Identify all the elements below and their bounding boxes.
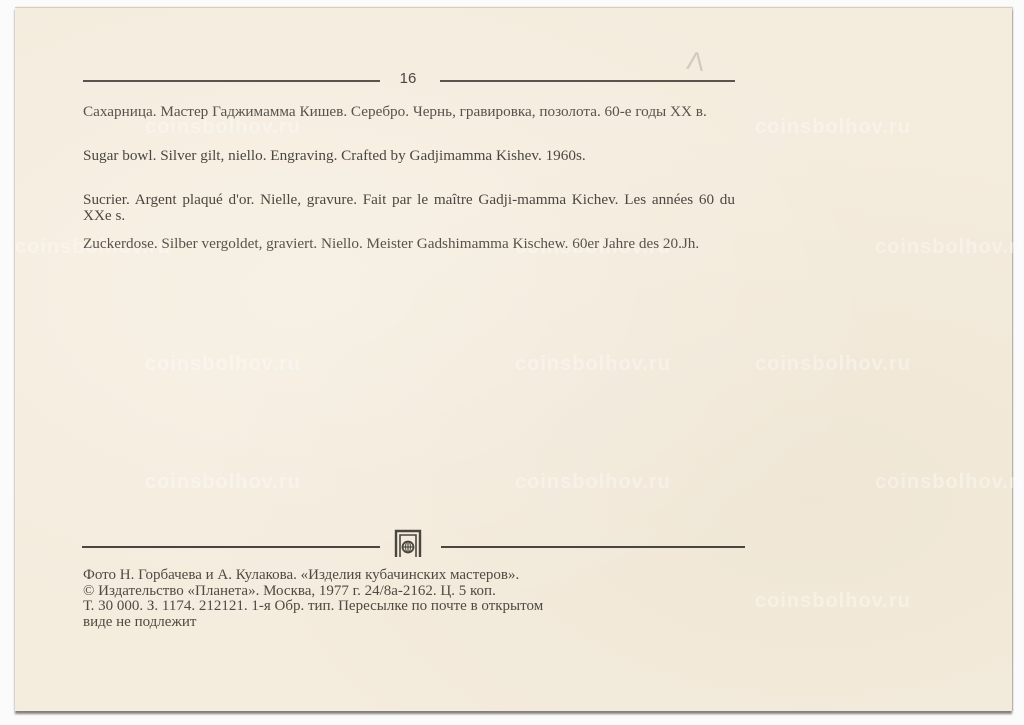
watermark: coinsbolhov.ru bbox=[755, 590, 911, 613]
caption-russian: Сахарница. Мастер Гаджимамма Кишев. Сере… bbox=[83, 104, 735, 120]
imprint-line: Фото Н. Горбачева и А. Кулакова. «Издели… bbox=[83, 568, 743, 584]
imprint-block: Фото Н. Горбачева и А. Кулакова. «Издели… bbox=[83, 568, 743, 630]
caption-german: Zuckerdose. Silber vergoldet, graviert. … bbox=[83, 236, 735, 252]
planeta-logo-icon bbox=[393, 528, 423, 558]
watermark: coinsbolhov.ru bbox=[515, 353, 671, 376]
watermark: coinsbolhov.ru bbox=[145, 353, 301, 376]
caption-english: Sugar bowl. Silver gilt, niello. Engravi… bbox=[83, 148, 735, 164]
header-rule-left bbox=[83, 80, 380, 82]
footer-rule-right bbox=[441, 546, 745, 548]
imprint-line: Т. 30 000. З. 1174. 212121. 1-я Обр. тип… bbox=[83, 599, 743, 615]
watermark: coinsbolhov.ru bbox=[875, 471, 1024, 494]
caption-french: Sucrier. Argent plaqué d'or. Nielle, gra… bbox=[83, 192, 735, 224]
watermark: coinsbolhov.ru bbox=[875, 236, 1024, 259]
footer-rule-left bbox=[82, 546, 380, 548]
watermark: coinsbolhov.ru bbox=[145, 471, 301, 494]
imprint-line: виде не подлежит bbox=[83, 615, 743, 631]
watermark: coinsbolhov.ru bbox=[515, 471, 671, 494]
page-number: 16 bbox=[396, 70, 420, 87]
imprint-line: © Издательство «Планета». Москва, 1977 г… bbox=[83, 584, 743, 600]
header-rule-right bbox=[440, 80, 735, 82]
watermark: coinsbolhov.ru bbox=[755, 353, 911, 376]
pencil-mark: Λ bbox=[685, 45, 707, 78]
watermark: coinsbolhov.ru bbox=[755, 116, 911, 139]
